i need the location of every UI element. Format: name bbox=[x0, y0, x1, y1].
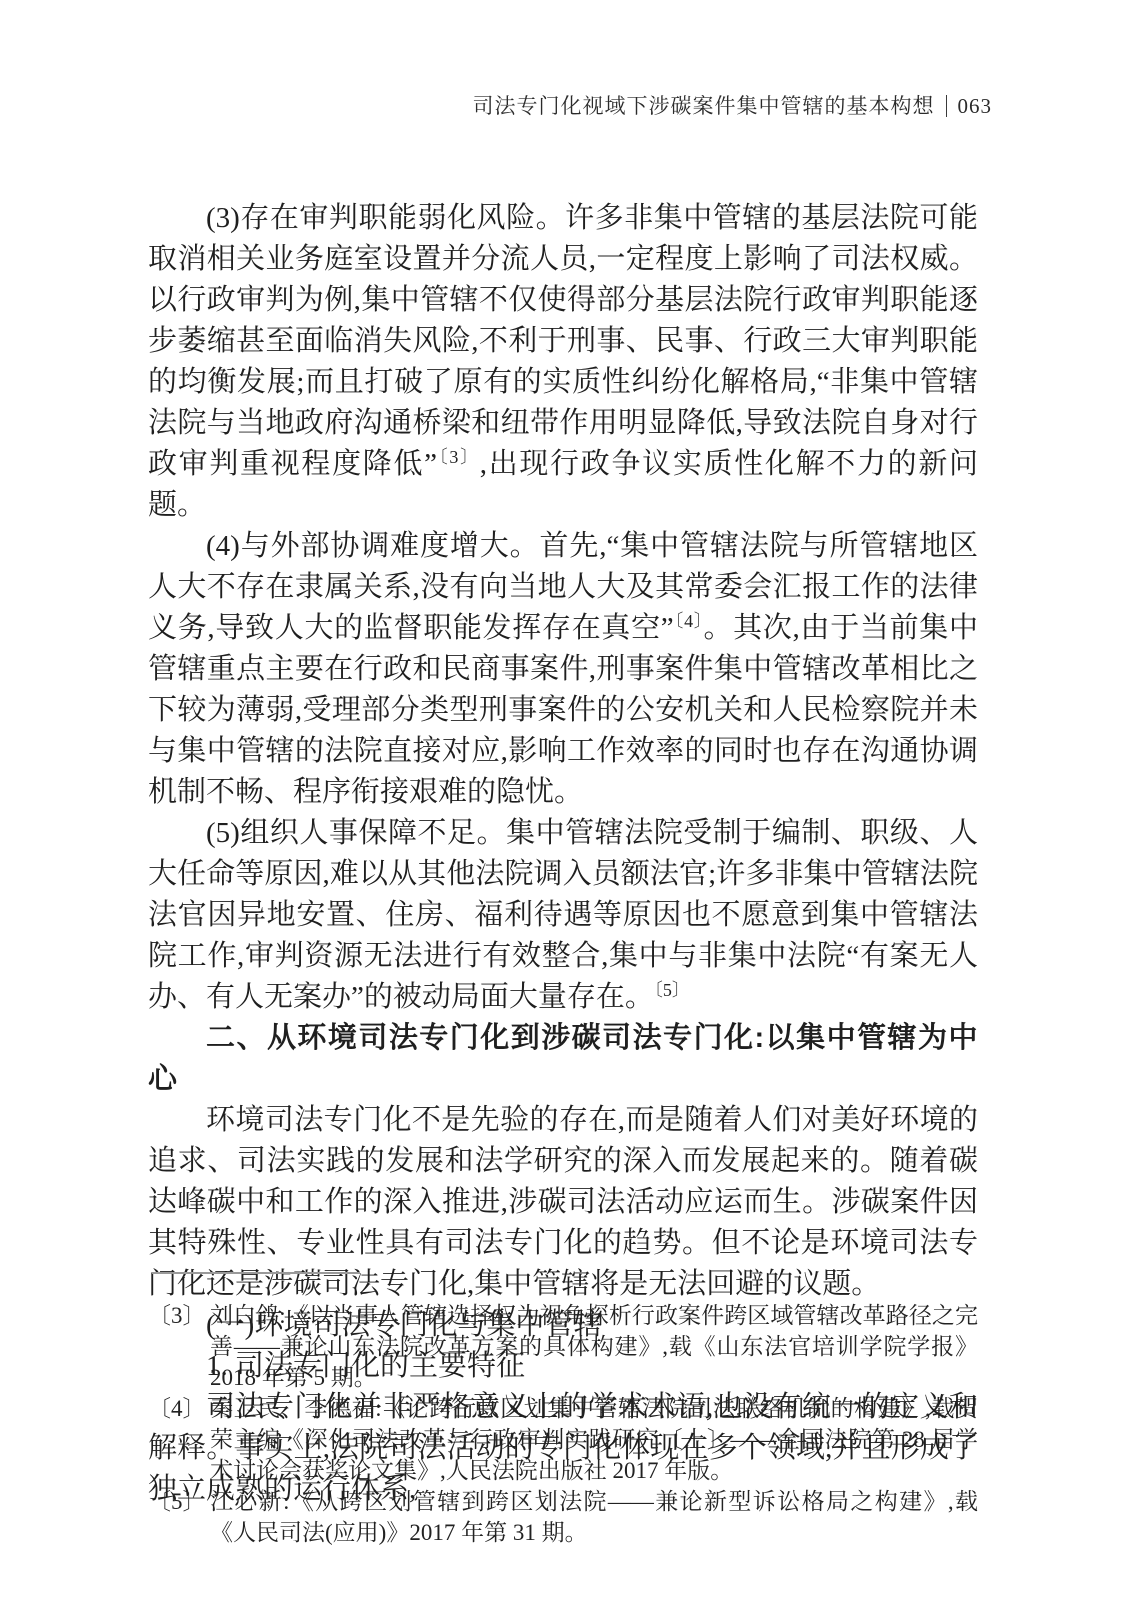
footnote-label: 〔5〕 bbox=[148, 1486, 210, 1548]
text-run: 二、从环境司法专门化到涉碳司法专门化:以集中管辖为中心 bbox=[148, 1022, 978, 1095]
header-divider bbox=[946, 95, 947, 117]
paragraph: (4)与外部协调难度增大。首先,“集中管辖法院与所管辖地区人大不存在隶属关系,没… bbox=[148, 526, 978, 813]
footnote-item: 〔3〕刘白鸽:《以当事人管辖选择权为视角探析行政案件跨区域管辖改革路径之完善——… bbox=[148, 1300, 978, 1393]
footnote-text: 刘白鸽:《以当事人管辖选择权为视角探析行政案件跨区域管辖改革路径之完善——兼论山… bbox=[210, 1300, 978, 1393]
page-number: 063 bbox=[958, 94, 993, 118]
footnote-marker: 〔4〕 bbox=[674, 611, 704, 631]
footnote-text: 江必新:《从跨区划管辖到跨区划法院——兼论新型诉讼格局之构建》,载《人民司法(应… bbox=[210, 1486, 978, 1548]
heading1: 二、从环境司法专门化到涉碳司法专门化:以集中管辖为中心 bbox=[148, 1018, 978, 1100]
text-run: (5)组织人事保障不足。集中管辖法院受制于编制、职级、人大任命等原因,难以从其他… bbox=[148, 817, 978, 1013]
running-title: 司法专门化视域下涉碳案件集中管辖的基本构想 bbox=[473, 94, 935, 118]
paragraph: (3)存在审判职能弱化风险。许多非集中管辖的基层法院可能取消相关业务庭室设置并分… bbox=[148, 198, 978, 526]
footnote-marker: 〔3〕 bbox=[437, 447, 480, 467]
footnote-list: 〔3〕刘白鸽:《以当事人管辖选择权为视角探析行政案件跨区域管辖改革路径之完善——… bbox=[148, 1300, 978, 1548]
document-page: 司法专门化视域下涉碳案件集中管辖的基本构想063 (3)存在审判职能弱化风险。许… bbox=[0, 0, 1125, 1600]
page-header: 司法专门化视域下涉碳案件集中管辖的基本构想063 bbox=[148, 90, 992, 120]
footnote-item: 〔4〕秦卫民、李德福:《论跨行政区划集中管辖法院司法联络机制的构建》,载贺荣主编… bbox=[148, 1393, 978, 1486]
footnote-item: 〔5〕江必新:《从跨区划管辖到跨区划法院——兼论新型诉讼格局之构建》,载《人民司… bbox=[148, 1486, 978, 1548]
footnote-label: 〔3〕 bbox=[148, 1300, 210, 1393]
footnote-label: 〔4〕 bbox=[148, 1393, 210, 1486]
footnotes-section: 〔3〕刘白鸽:《以当事人管辖选择权为视角探析行政案件跨区域管辖改革路径之完善——… bbox=[148, 1272, 978, 1548]
footnote-separator bbox=[152, 1272, 360, 1274]
paragraph: (5)组织人事保障不足。集中管辖法院受制于编制、职级、人大任命等原因,难以从其他… bbox=[148, 813, 978, 1018]
footnote-marker: 〔5〕 bbox=[654, 980, 690, 1000]
text-run: (3)存在审判职能弱化风险。许多非集中管辖的基层法院可能取消相关业务庭室设置并分… bbox=[148, 202, 978, 480]
footnote-text: 秦卫民、李德福:《论跨行政区划集中管辖法院司法联络机制的构建》,载贺荣主编《深化… bbox=[210, 1393, 978, 1486]
text-run: 环境司法专门化不是先验的存在,而是随着人们对美好环境的追求、司法实践的发展和法学… bbox=[148, 1104, 978, 1300]
